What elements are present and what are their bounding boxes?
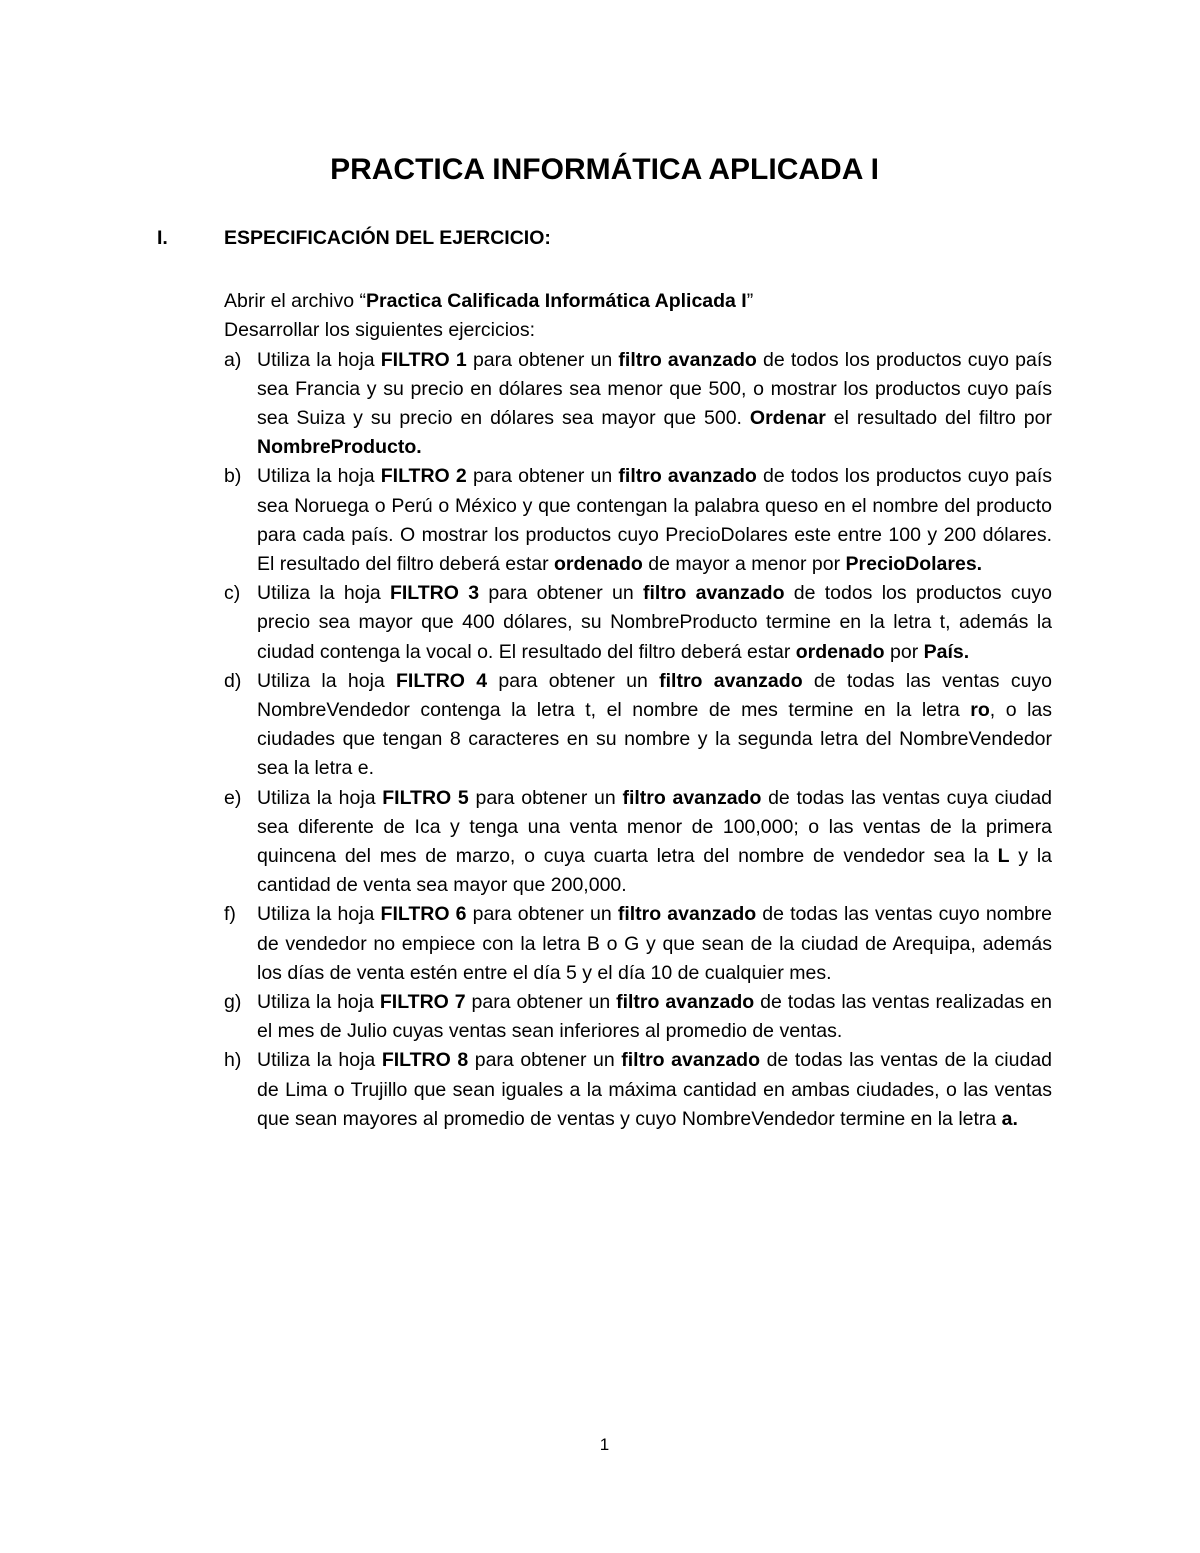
exercise-text: Utiliza la hoja FILTRO 1 para obtener un…	[257, 349, 1052, 459]
exercise-item: g)Utiliza la hoja FILTRO 7 para obtener …	[224, 988, 1052, 1046]
section-title: ESPECIFICACIÓN DEL EJERCICIO:	[224, 224, 551, 253]
document-title: PRACTICA INFORMÁTICA APLICADA I	[157, 0, 1052, 190]
page-number: 1	[157, 1435, 1052, 1455]
exercise-item: c)Utiliza la hoja FILTRO 3 para obtener …	[224, 579, 1052, 667]
exercise-item: h)Utiliza la hoja FILTRO 8 para obtener …	[224, 1046, 1052, 1134]
exercise-text: Utiliza la hoja FILTRO 8 para obtener un…	[257, 1049, 1052, 1129]
intro-develop-line: Desarrollar los siguientes ejercicios:	[224, 316, 1052, 345]
exercise-item: a)Utiliza la hoja FILTRO 1 para obtener …	[224, 346, 1052, 463]
section-heading: I. ESPECIFICACIÓN DEL EJERCICIO:	[157, 224, 1052, 253]
exercise-text: Utiliza la hoja FILTRO 4 para obtener un…	[257, 670, 1052, 780]
exercise-marker: a)	[224, 346, 241, 375]
exercise-text: Utiliza la hoja FILTRO 6 para obtener un…	[257, 903, 1052, 983]
exercise-text: Utiliza la hoja FILTRO 7 para obtener un…	[257, 991, 1052, 1042]
exercise-marker: h)	[224, 1046, 241, 1075]
exercise-text: Utiliza la hoja FILTRO 5 para obtener un…	[257, 787, 1052, 897]
exercise-text: Utiliza la hoja FILTRO 2 para obtener un…	[257, 465, 1052, 575]
exercise-item: d)Utiliza la hoja FILTRO 4 para obtener …	[224, 667, 1052, 784]
exercise-item: e)Utiliza la hoja FILTRO 5 para obtener …	[224, 784, 1052, 901]
exercise-marker: c)	[224, 579, 240, 608]
exercise-text: Utiliza la hoja FILTRO 3 para obtener un…	[257, 582, 1052, 662]
exercise-marker: e)	[224, 784, 241, 813]
exercise-item: f)Utiliza la hoja FILTRO 6 para obtener …	[224, 900, 1052, 988]
exercise-item: b)Utiliza la hoja FILTRO 2 para obtener …	[224, 462, 1052, 579]
intro-open-file-line: Abrir el archivo “Practica Calificada In…	[224, 287, 1052, 316]
exercise-marker: f)	[224, 900, 236, 929]
section-number: I.	[157, 224, 224, 253]
exercise-marker: d)	[224, 667, 241, 696]
document-content: PRACTICA INFORMÁTICA APLICADA I I. ESPEC…	[0, 0, 1200, 1134]
exercise-marker: b)	[224, 462, 241, 491]
exercise-marker: g)	[224, 988, 241, 1017]
document-page: PRACTICA INFORMÁTICA APLICADA I I. ESPEC…	[0, 0, 1200, 1553]
exercise-list: a)Utiliza la hoja FILTRO 1 para obtener …	[224, 346, 1052, 1134]
